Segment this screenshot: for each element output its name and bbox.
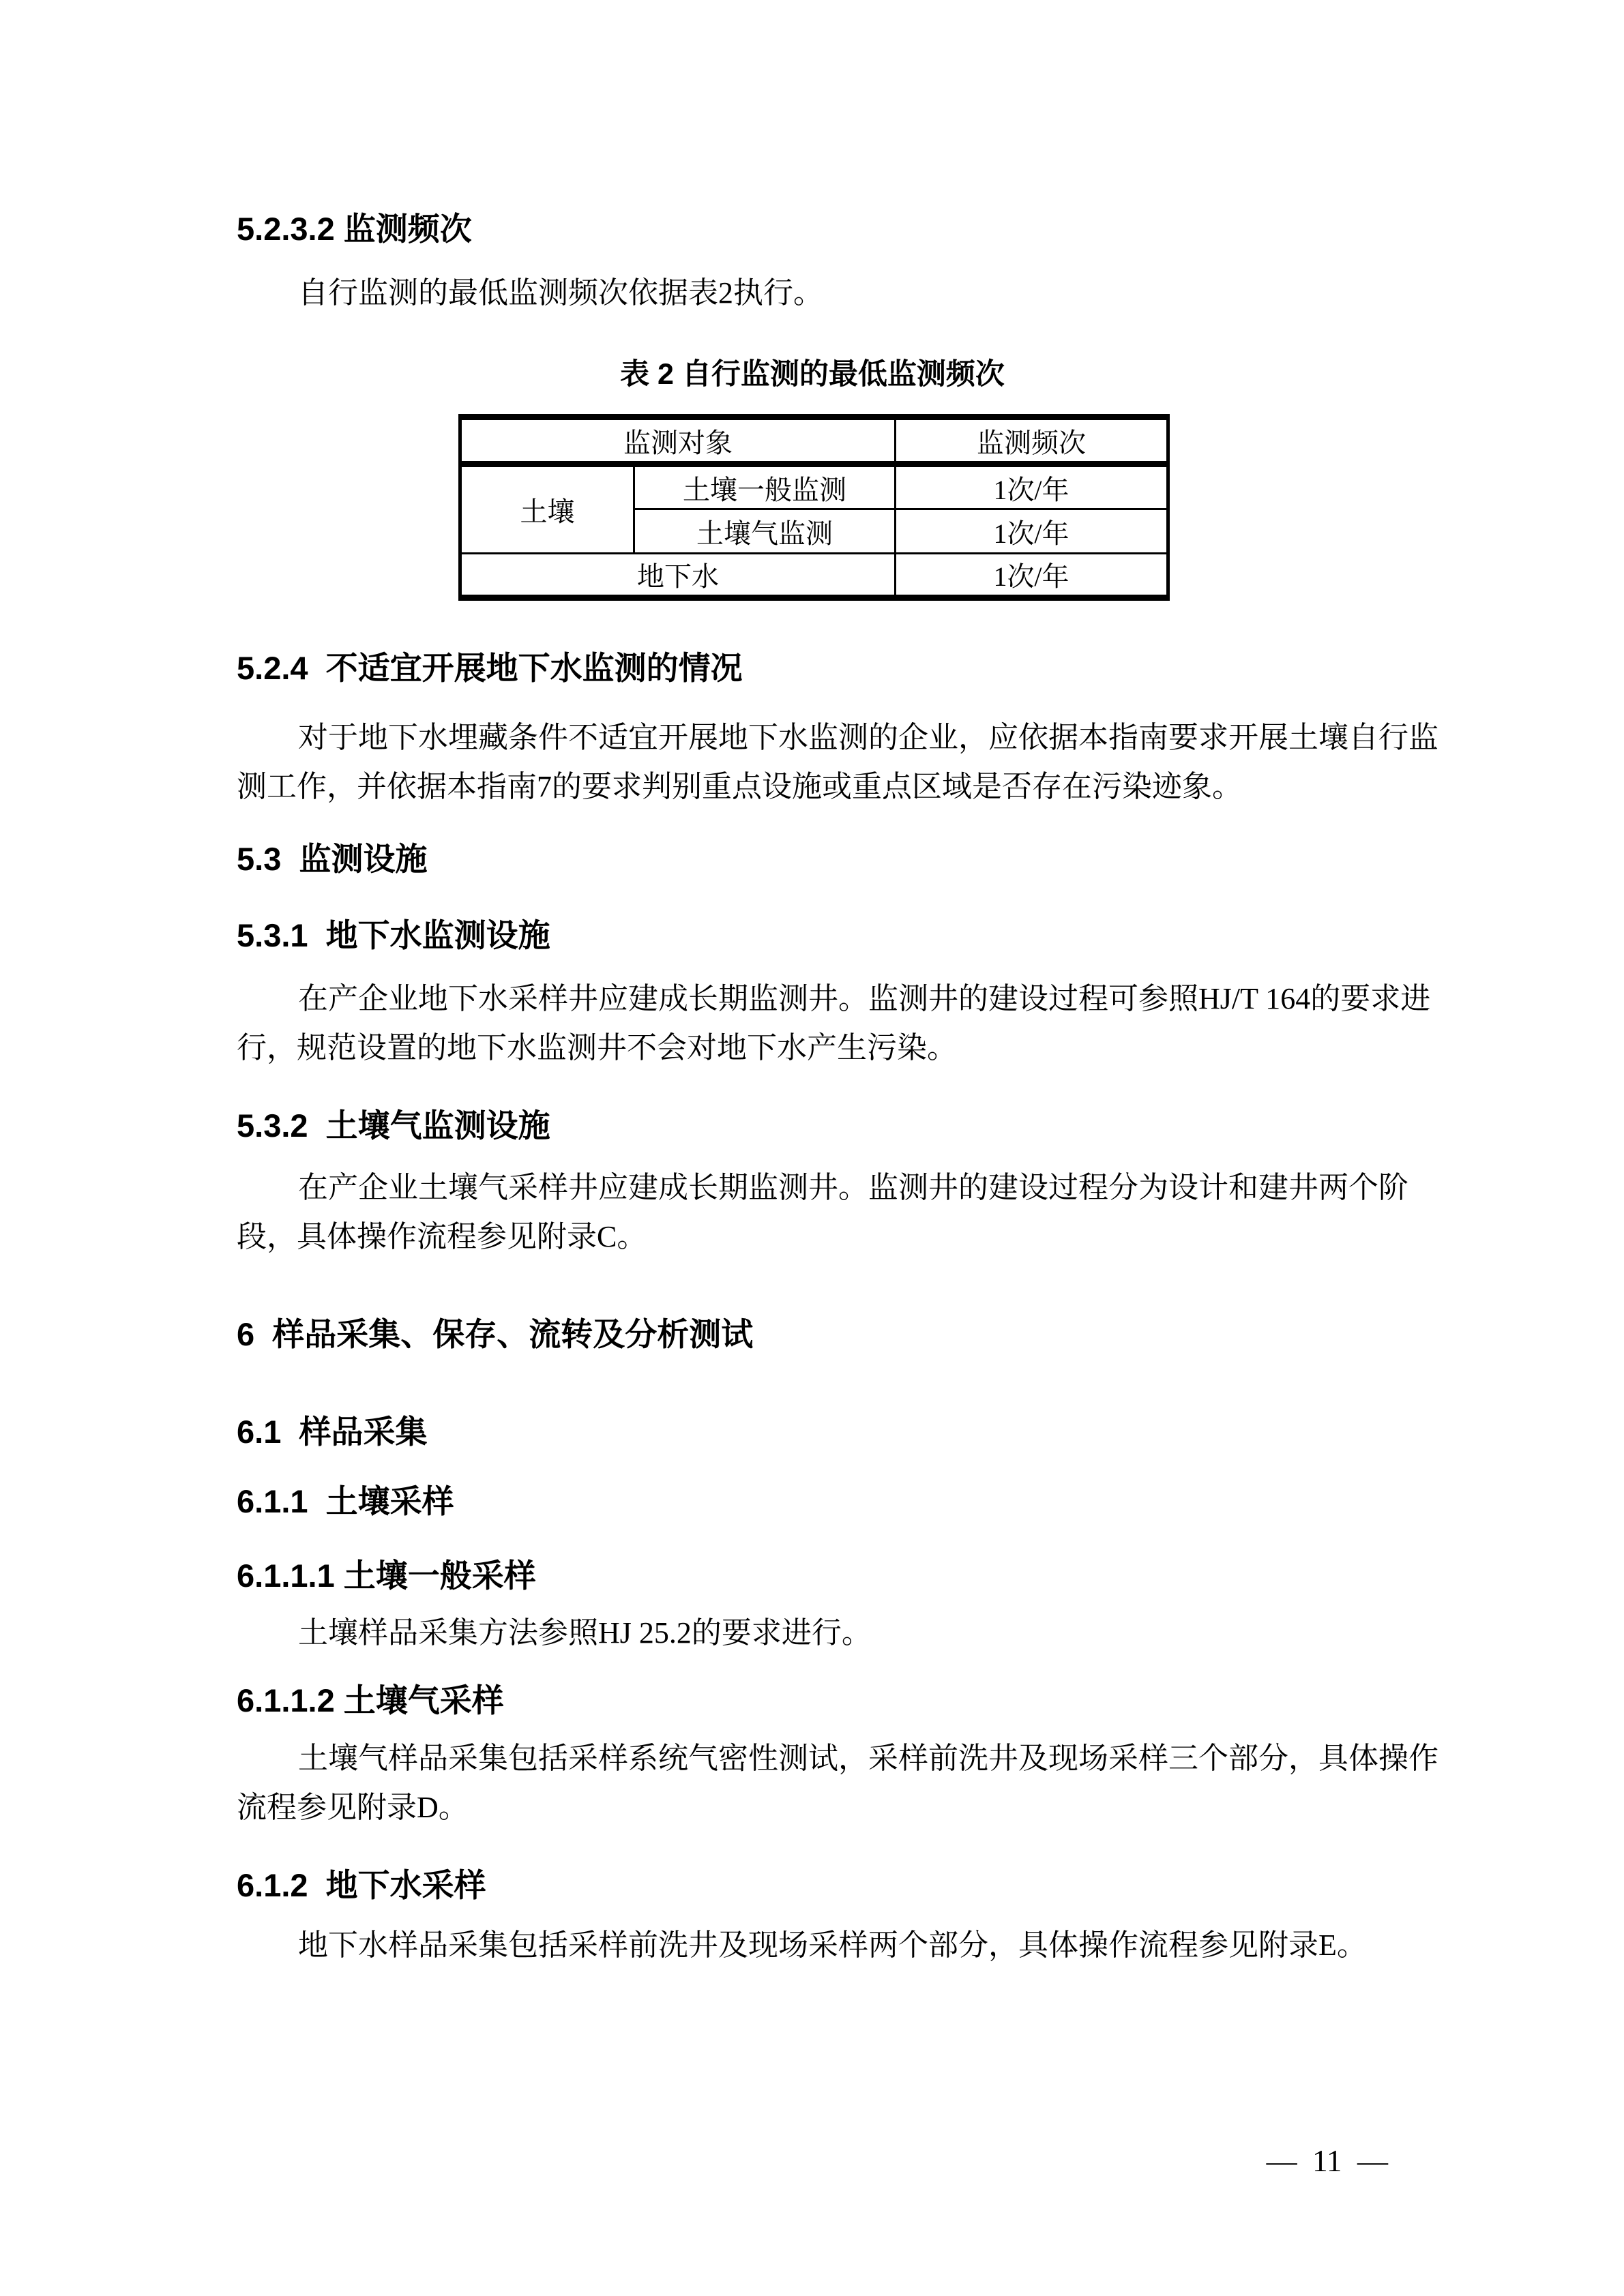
table-row: 土壤 土壤一般监测 1次/年 bbox=[460, 464, 1168, 509]
table-cell-soil-group: 土壤 bbox=[460, 464, 634, 554]
table-cell-header-object: 监测对象 bbox=[460, 417, 896, 464]
paragraph-soilgas-sampling: 土壤气样品采集包括采样系统气密性测试，采样前洗井及现场采样三个部分，具体操作 流… bbox=[237, 1734, 1437, 1832]
table-cell-groundwater: 地下水 bbox=[460, 554, 896, 598]
heading-6-1-1-1: 6.1.1.1 土壤一般采样 bbox=[237, 1558, 1437, 1594]
table-cell-soil-general: 土壤一般监测 bbox=[634, 464, 896, 509]
paragraph-monitoring-frequency: 自行监测的最低监测频次依据表2执行。 bbox=[237, 269, 1437, 318]
table-cell-soilgas: 土壤气监测 bbox=[634, 509, 896, 554]
paragraph-unsuitable-groundwater: 对于地下水埋藏条件不适宜开展地下水监测的企业，应依据本指南要求开展土壤自行监 测… bbox=[237, 713, 1437, 811]
heading-5-3-1: 5.3.1 地下水监测设施 bbox=[237, 918, 1437, 953]
paragraph-soil-sampling: 土壤样品采集方法参照HJ 25.2的要求进行。 bbox=[237, 1609, 1437, 1658]
table-cell-groundwater-freq: 1次/年 bbox=[896, 554, 1168, 598]
paragraph-soilgas-facility: 在产企业土壤气采样井应建成长期监测井。监测井的建设过程分为设计和建井两个阶 段，… bbox=[237, 1163, 1437, 1262]
table-2-monitoring-frequency: 监测对象 监测频次 土壤 土壤一般监测 1次/年 土壤气监测 1次/年 地下水 … bbox=[458, 414, 1170, 601]
heading-6-1-1: 6.1.1 土壤采样 bbox=[237, 1484, 1437, 1519]
page-number: — 11 — bbox=[237, 2144, 1388, 2178]
paragraph-groundwater-facility: 在产企业地下水采样井应建成长期监测井。监测井的建设过程可参照HJ/T 164的要… bbox=[237, 974, 1437, 1073]
table-row: 监测对象 监测频次 bbox=[460, 417, 1168, 464]
heading-5-2-3-2: 5.2.3.2 监测频次 bbox=[237, 211, 1437, 247]
table-cell-soil-general-freq: 1次/年 bbox=[896, 464, 1168, 509]
heading-6-1-2: 6.1.2 地下水采样 bbox=[237, 1868, 1437, 1903]
document-page: 5.2.3.2 监测频次 自行监测的最低监测频次依据表2执行。 表 2 自行监测… bbox=[0, 0, 1624, 2296]
heading-5-3: 5.3 监测设施 bbox=[237, 841, 1437, 877]
table-2-title: 表 2 自行监测的最低监测频次 bbox=[237, 357, 1388, 391]
heading-6: 6 样品采集、保存、流转及分析测试 bbox=[237, 1317, 1437, 1352]
heading-6-1-1-2: 6.1.1.2 土壤气采样 bbox=[237, 1683, 1437, 1718]
heading-5-2-4: 5.2.4 不适宜开展地下水监测的情况 bbox=[237, 651, 1437, 686]
table-cell-soilgas-freq: 1次/年 bbox=[896, 509, 1168, 554]
table-cell-header-frequency: 监测频次 bbox=[896, 417, 1168, 464]
heading-5-3-2: 5.3.2 土壤气监测设施 bbox=[237, 1108, 1437, 1144]
table-row: 地下水 1次/年 bbox=[460, 554, 1168, 598]
heading-6-1: 6.1 样品采集 bbox=[237, 1414, 1437, 1450]
paragraph-groundwater-sampling: 地下水样品采集包括采样前洗井及现场采样两个部分，具体操作流程参见附录E。 bbox=[237, 1921, 1437, 1970]
